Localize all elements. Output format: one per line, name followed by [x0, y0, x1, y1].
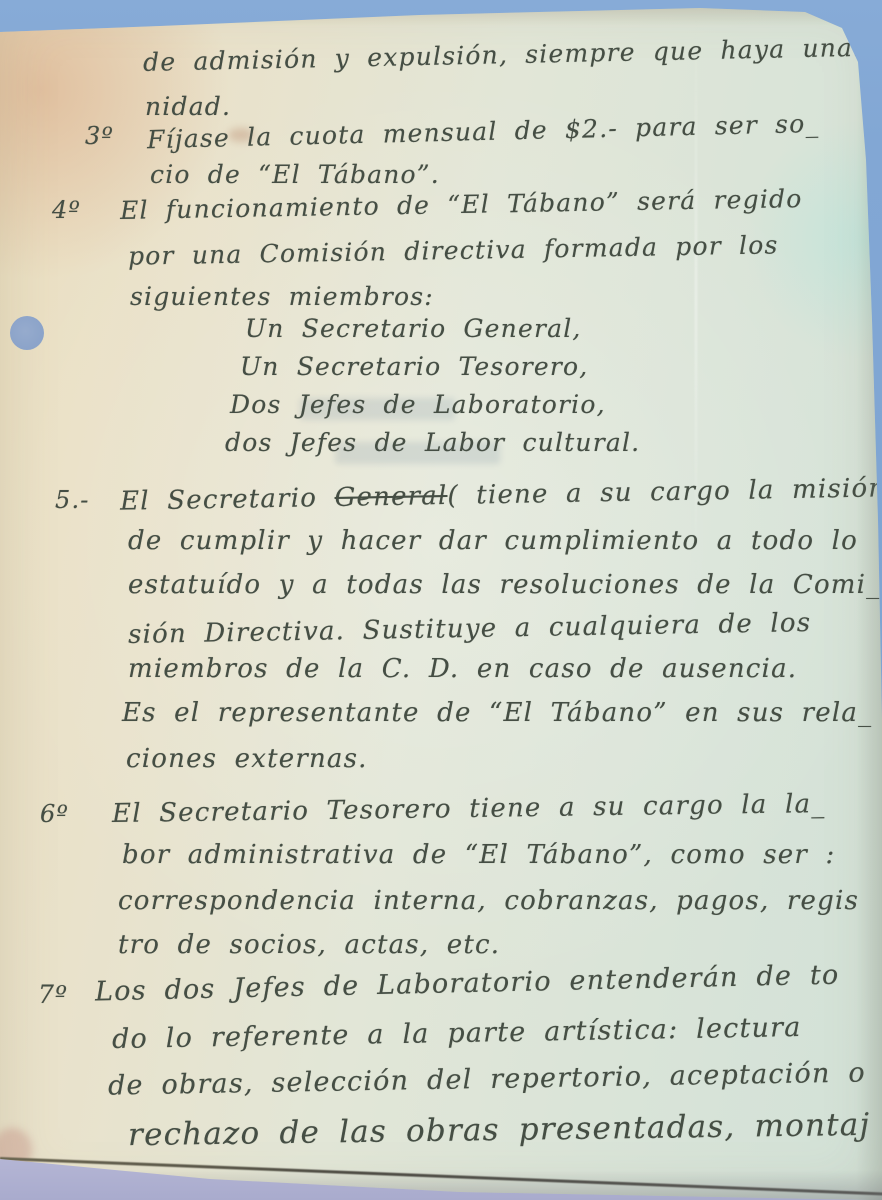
paper-stain — [0, 1128, 32, 1172]
line-text: ( tiene a su cargo la misión — [447, 473, 882, 511]
handwritten-line: El Secretario General( tiene a su cargo … — [120, 473, 882, 516]
item-marker: 5.- — [55, 486, 90, 514]
list-item-line: dos Jefes de Labor cultural. — [225, 428, 640, 457]
handwritten-line: Los dos Jefes de Laboratorio entenderán … — [95, 960, 840, 1008]
handwritten-line: de obras, selección del repertorio, acep… — [108, 1057, 866, 1101]
list-item-line: Un Secretario General, — [245, 314, 582, 343]
manuscript-page: de admisión y expulsión, siempre que hay… — [0, 0, 882, 1200]
item-marker: 7º — [38, 980, 68, 1009]
handwritten-line: estatuído y a todas las resoluciones de … — [128, 570, 880, 600]
handwritten-line: sión Directiva. Sustituye a cualquiera d… — [128, 608, 812, 650]
handwritten-line: siguientes miembros: — [130, 282, 434, 311]
handwritten-line: tro de socios, actas, etc. — [118, 930, 500, 960]
item-marker: 4º — [52, 196, 81, 224]
handwritten-line: nidad. — [145, 92, 231, 121]
item-marker: 3º — [85, 122, 114, 150]
paper-bottom-edge — [0, 1157, 882, 1196]
handwritten-line: Fíjase la cuota mensual de $2.- para ser… — [147, 109, 820, 154]
handwritten-line: do lo referente a la parte artística: le… — [112, 1012, 802, 1055]
struck-word: General — [334, 481, 447, 513]
handwritten-line: miembros de la C. D. en caso de ausencia… — [128, 654, 797, 684]
punch-hole — [10, 316, 44, 350]
list-item-line: Dos Jefes de Laboratorio, — [230, 390, 606, 419]
handwritten-line: de admisión y expulsión, siempre que hay… — [143, 32, 882, 77]
handwritten-line: ciones externas. — [126, 744, 368, 774]
item-marker: 6º — [40, 800, 69, 828]
handwritten-line: correspondencia interna, cobranzas, pago… — [118, 886, 859, 916]
handwritten-line: por una Comisión directiva formada por l… — [128, 230, 779, 270]
handwritten-line: rechazo de las obras presentadas, montaj — [128, 1107, 871, 1153]
handwritten-line: El Secretario Tesorero tiene a su cargo … — [112, 789, 826, 829]
handwritten-line: El funcionamiento de “El Tábano” será re… — [120, 184, 803, 225]
handwritten-line: cio de “El Tábano”. — [150, 160, 440, 189]
handwritten-line: de cumplir y hacer dar cumplimiento a to… — [128, 526, 858, 556]
list-item-line: Un Secretario Tesorero, — [240, 352, 588, 381]
handwritten-line: bor administrativa de “El Tábano”, como … — [122, 840, 835, 870]
handwritten-line: Es el representante de “El Tábano” en su… — [122, 698, 872, 728]
photo-background: de admisión y expulsión, siempre que hay… — [0, 0, 882, 1200]
line-text: El Secretario — [120, 483, 335, 517]
